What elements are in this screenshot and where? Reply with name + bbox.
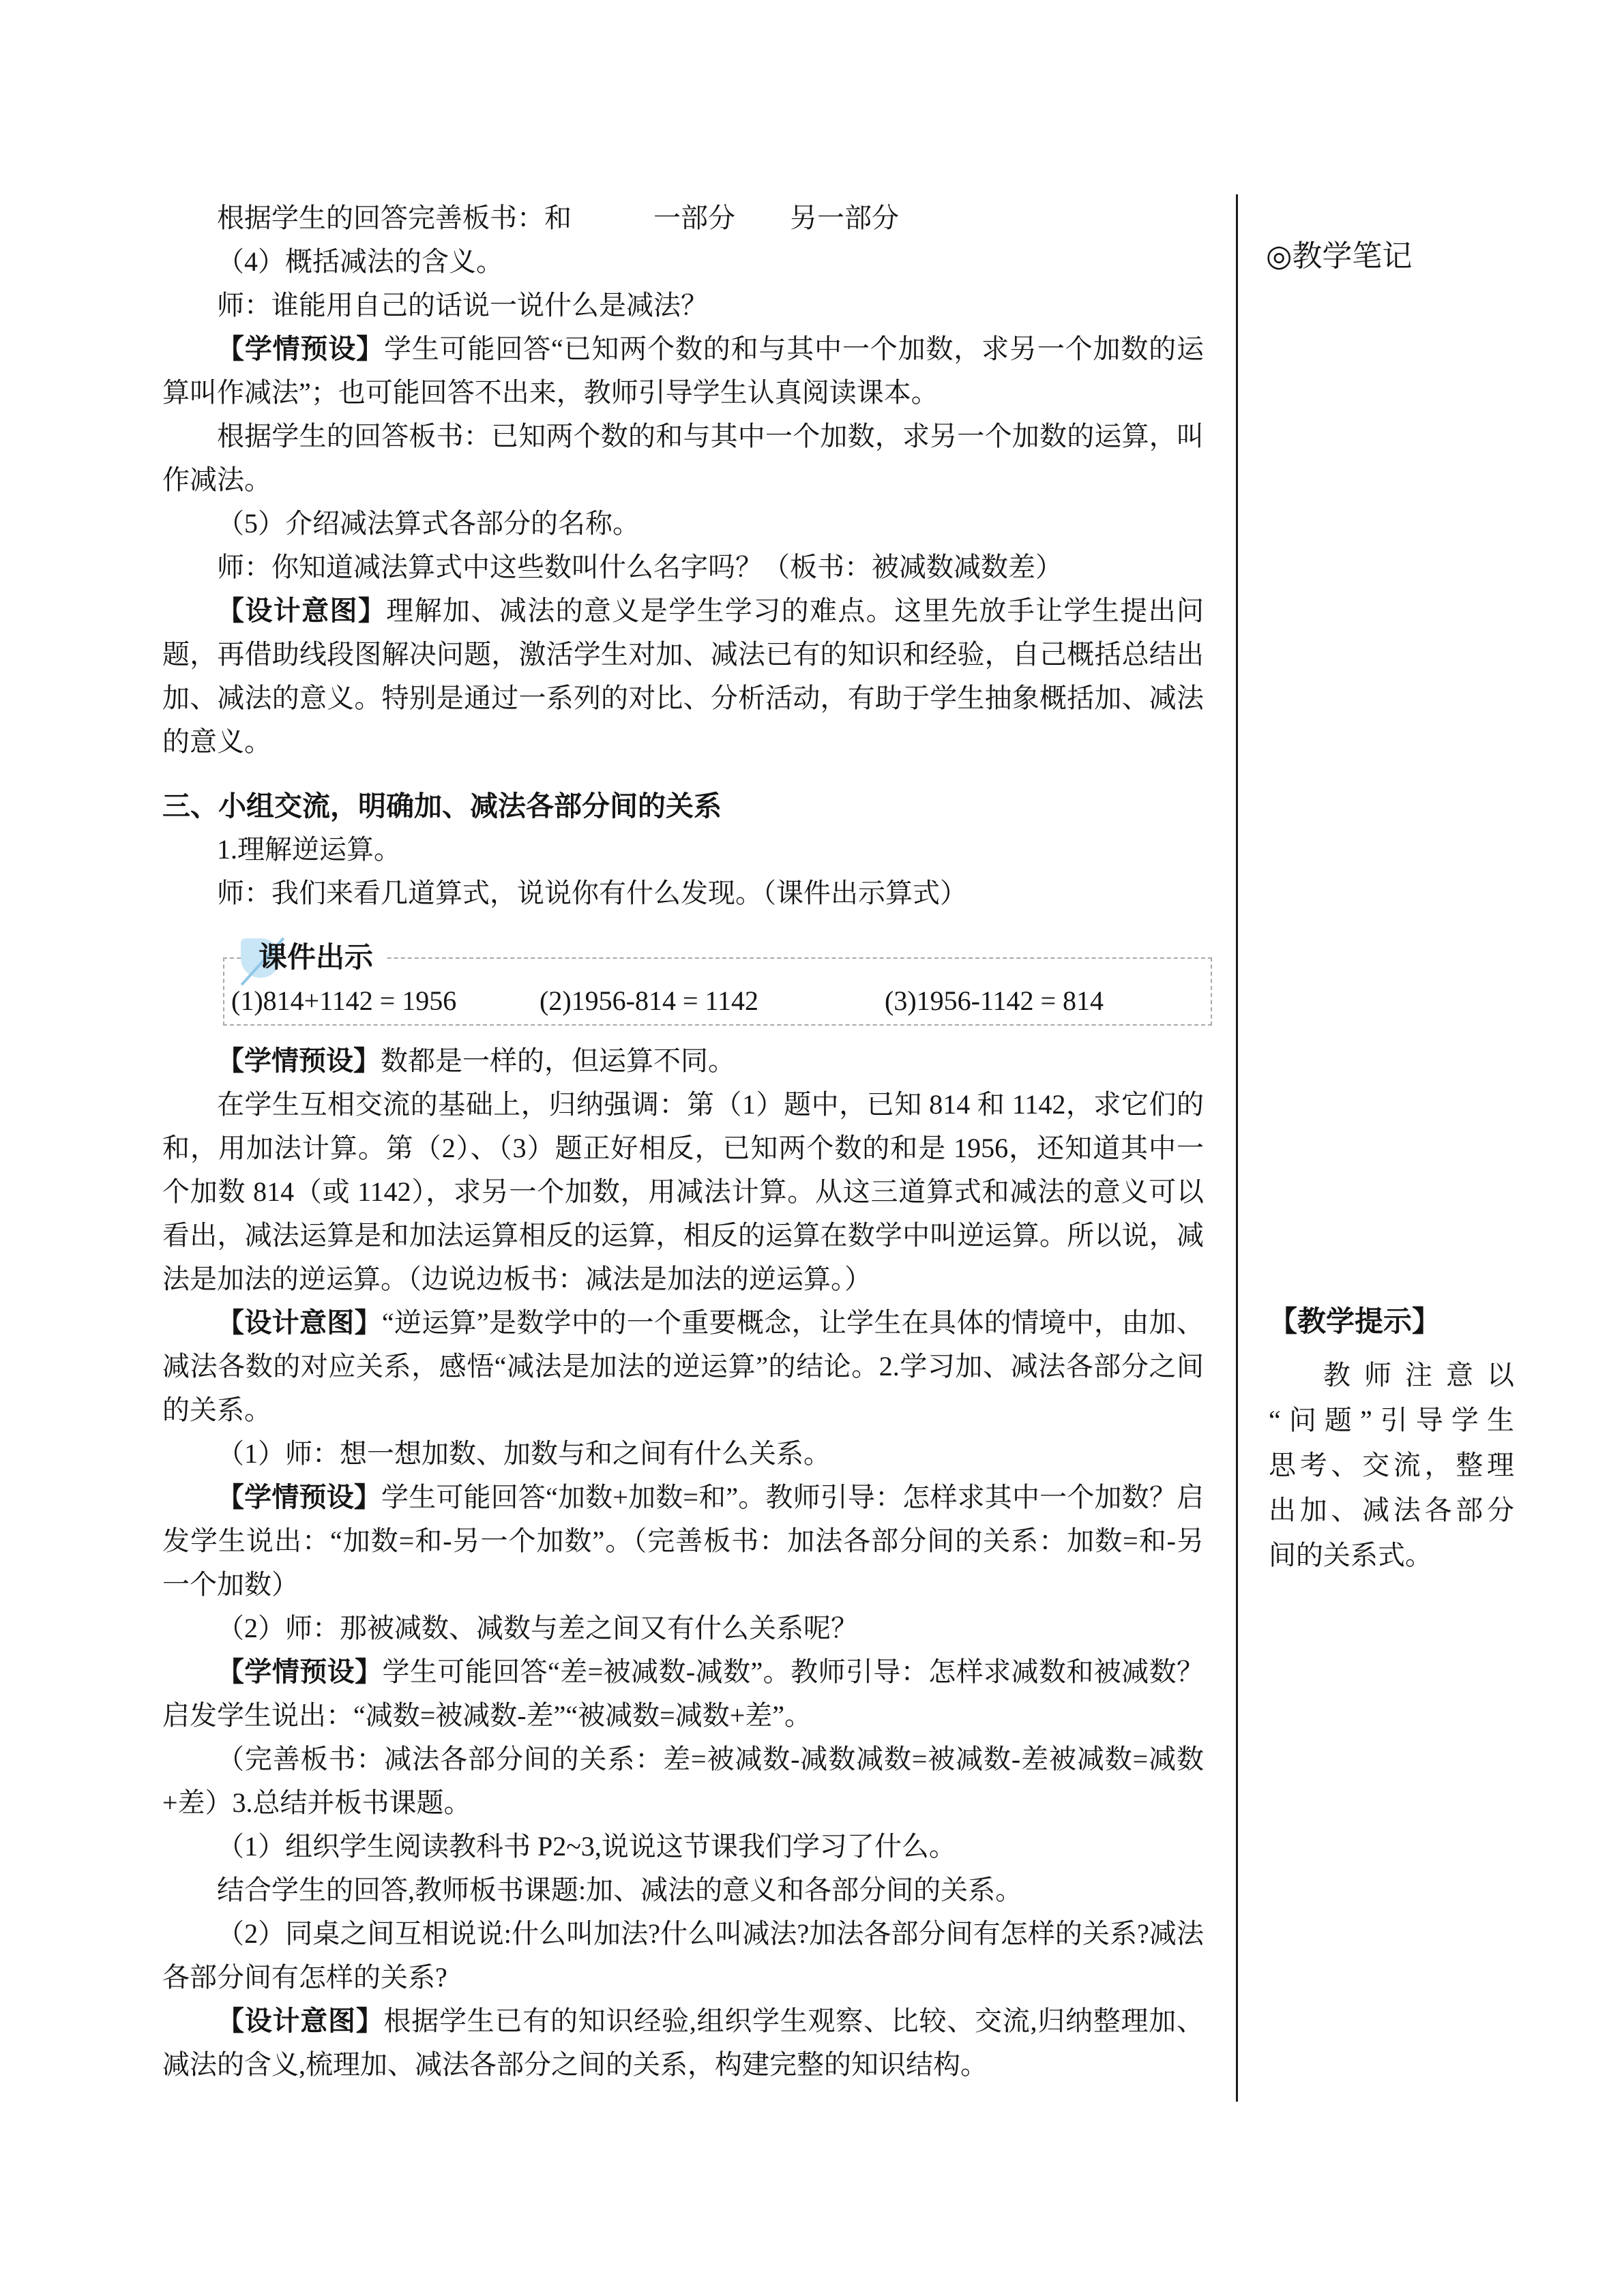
text-run: 1.理解逆运算。 <box>217 834 401 865</box>
paragraph: 【设计意图】“逆运算”是数学中的一个重要概念，让学生在具体的情境中，由加、减法各… <box>162 1301 1204 1432</box>
text-run: （5）介绍减法算式各部分的名称。 <box>217 508 640 539</box>
paragraph: 结合学生的回答,教师板书课题:加、减法的意义和各部分间的关系。 <box>162 1868 1204 1912</box>
courseware-box-label: 课件出示 <box>245 940 385 975</box>
bold-label: 【学情预设】 <box>217 1657 383 1687</box>
text-run: （2）师：那被减数、减数与差之间又有什么关系呢？ <box>217 1613 858 1643</box>
text-run: 在学生互相交流的基础上，归纳强调：第（1）题中，已知 814 和 1142，求它… <box>162 1089 1204 1294</box>
equation: (1)814+1142 = 1956 <box>231 982 456 1020</box>
equation-row: (1)814+1142 = 1956(2)1956-814 = 1142(3)1… <box>224 982 1211 1020</box>
paragraph: （1）师：想一想加数、加数与和之间有什么关系。 <box>162 1432 1204 1476</box>
text-run: 师：你知道减法算式中这些数叫什么名字吗？（板书：被减数减数差） <box>217 552 1063 582</box>
teaching-tip-line: “问题”引导学生 <box>1269 1398 1514 1443</box>
paragraph: （4）概括减法的含义。 <box>162 240 1204 284</box>
paragraph: 1.理解逆运算。 <box>162 828 1204 871</box>
teaching-tip-line: 间的关系式。 <box>1269 1533 1514 1578</box>
courseware-box: 课件出示(1)814+1142 = 1956(2)1956-814 = 1142… <box>223 957 1212 1026</box>
paragraph: 【学情预设】学生可能回答“已知两个数的和与其中一个加数，求另一个加数的运算叫作减… <box>162 327 1204 415</box>
text-run: （完善板书：减法各部分间的关系：差=被减数-减数减数=被减数-差被减数=减数+差… <box>162 1744 1204 1818</box>
paragraph: （5）介绍减法算式各部分的名称。 <box>162 502 1204 546</box>
paragraph: （2）同桌之间互相说说:什么叫加法?什么叫减法?加法各部分间有怎样的关系?减法各… <box>162 1912 1204 1999</box>
column-divider-line <box>1236 194 1238 2102</box>
teaching-tip-line: 思考、交流，整理 <box>1269 1443 1514 1488</box>
text-run: 师：谁能用自己的话说一说什么是减法？ <box>217 290 708 320</box>
paragraph: 根据学生的回答完善板书：和 一部分 另一部分 <box>162 196 1204 240</box>
paragraph: 【学情预设】数都是一样的，但运算不同。 <box>162 1039 1204 1083</box>
text-run: 数都是一样的，但运算不同。 <box>381 1045 735 1076</box>
text-run: （1）组织学生阅读教科书 P2~3,说说这节课我们学习了什么。 <box>217 1831 956 1862</box>
bold-label: 【学情预设】 <box>217 1482 381 1512</box>
equation: (2)1956-814 = 1142 <box>540 982 758 1020</box>
paragraph: 师：你知道减法算式中这些数叫什么名字吗？（板书：被减数减数差） <box>162 546 1204 589</box>
paragraph: 根据学生的回答板书：已知两个数的和与其中一个加数，求另一个加数的运算，叫作减法。 <box>162 415 1204 502</box>
paragraph: （完善板书：减法各部分间的关系：差=被减数-减数减数=被减数-差被减数=减数+差… <box>162 1738 1204 1825</box>
bold-label: 【学情预设】 <box>217 334 384 364</box>
bold-label: 【设计意图】 <box>217 596 386 626</box>
text-run: 根据学生的回答完善板书：和 一部分 另一部分 <box>217 203 899 233</box>
teaching-tip-body: 教师注意以“问题”引导学生思考、交流，整理出加、减法各部分间的关系式。 <box>1269 1353 1514 1578</box>
courseware-box-label-text: 课件出示 <box>259 941 373 973</box>
text-run: 结合学生的回答,教师板书课题:加、减法的意义和各部分间的关系。 <box>217 1875 1022 1905</box>
paragraph: 师：谁能用自己的话说一说什么是减法？ <box>162 284 1204 327</box>
teaching-tip-block: 【教学提示】 教师注意以“问题”引导学生思考、交流，整理出加、减法各部分间的关系… <box>1269 1304 1514 1578</box>
text-run: 根据学生的回答板书：已知两个数的和与其中一个加数，求另一个加数的运算，叫作减法。 <box>162 421 1204 495</box>
equation: (3)1956-1142 = 814 <box>885 982 1104 1020</box>
teaching-notes-header: ◎教学笔记 <box>1266 240 1412 273</box>
bold-label: 三、小组交流，明确加、减法各部分间的关系 <box>162 790 722 822</box>
paragraph: 【学情预设】学生可能回答“加数+加数=和”。教师引导：怎样求其中一个加数？启发学… <box>162 1476 1204 1607</box>
paragraph: （1）组织学生阅读教科书 P2~3,说说这节课我们学习了什么。 <box>162 1825 1204 1868</box>
teaching-tip-title: 【教学提示】 <box>1269 1304 1514 1339</box>
text-run: 师：我们来看几道算式，说说你有什么发现。（课件出示算式） <box>217 878 967 908</box>
paragraph: 【学情预设】学生可能回答“差=被减数-减数”。教师引导：怎样求减数和被减数？启发… <box>162 1650 1204 1738</box>
teaching-tip-line: 出加、减法各部分 <box>1269 1488 1514 1533</box>
text-run: （1）师：想一想加数、加数与和之间有什么关系。 <box>217 1438 831 1469</box>
paragraph: （2）师：那被减数、减数与差之间又有什么关系呢？ <box>162 1607 1204 1650</box>
section-heading: 三、小组交流，明确加、减法各部分间的关系 <box>162 784 1204 828</box>
paragraph: 在学生互相交流的基础上，归纳强调：第（1）题中，已知 814 和 1142，求它… <box>162 1083 1204 1301</box>
text-run: （2）同桌之间互相说说:什么叫加法?什么叫减法?加法各部分间有怎样的关系?减法各… <box>162 1918 1204 1993</box>
bold-label: 【学情预设】 <box>217 1046 381 1076</box>
paragraph: 【设计意图】根据学生已有的知识经验,组织学生观察、比较、交流,归纳整理加、减法的… <box>162 1999 1204 2087</box>
bold-label: 【设计意图】 <box>217 1308 382 1338</box>
paragraph: 【设计意图】理解加、减法的意义是学生学习的难点。这里先放手让学生提出问题，再借助… <box>162 589 1204 764</box>
lesson-plan-content: 根据学生的回答完善板书：和 一部分 另一部分（4）概括减法的含义。师：谁能用自己… <box>162 196 1204 2087</box>
teaching-tip-line: 教师注意以 <box>1269 1353 1514 1398</box>
paragraph: 师：我们来看几道算式，说说你有什么发现。（课件出示算式） <box>162 871 1204 915</box>
bold-label: 【设计意图】 <box>217 2006 384 2036</box>
text-run: （4）概括减法的含义。 <box>217 246 503 277</box>
